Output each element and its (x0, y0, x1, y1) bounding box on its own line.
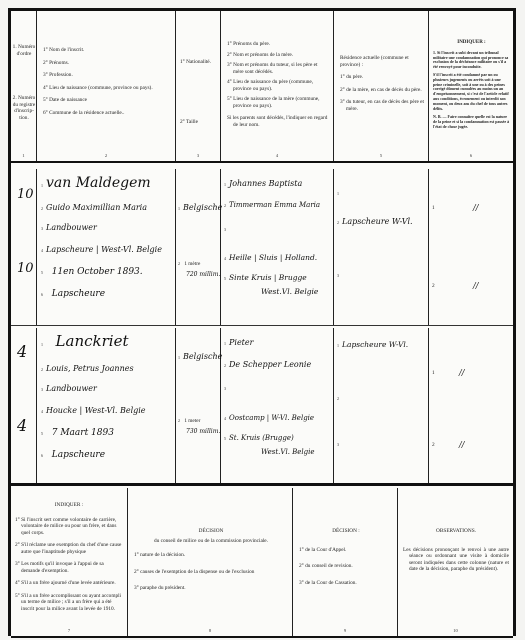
footer-court-title: DÉCISION : (299, 528, 393, 535)
record-parents-cell: 1Johannes Baptista 2Timmerman Emma Maria… (221, 169, 334, 325)
column-number: 1 (11, 153, 36, 160)
header-indiquer-para2: S'il l'inscrit a été condamné par un ou … (433, 73, 510, 111)
column-number: 9 (293, 628, 397, 635)
line-number: 6 (41, 453, 43, 458)
line-number: 2 (337, 220, 339, 225)
line-number: 1 (178, 206, 180, 211)
birthplace: Houcke | West-Vl. Belgie (46, 406, 146, 415)
header-col-indiquer: INDIQUER : 1. Si l'inscrit a subi devant… (429, 11, 513, 161)
militia-register-page: 1. Numéro d'ordre 2. Numéro du registre … (8, 8, 516, 636)
footer-decision-item: 3° paraphe du président. (134, 585, 288, 592)
height-meters: 1 meter (184, 418, 200, 424)
indiquer-value-2: // (473, 281, 478, 290)
line-number: 2 (432, 283, 435, 290)
record-row: 4 4 1 Lanckriet 2Louis, Petrus Joannes 3… (11, 328, 513, 483)
header-profession-label: 3° Profession. (43, 72, 171, 79)
header-col-identity: 1° Nom de l'inscrit. 2° Prénoms. 3° Prof… (37, 11, 176, 161)
record-identity-cell: 1van Maldegem 2Guido Maximillian Maria 3… (37, 169, 176, 325)
line-number: 1 (224, 341, 226, 346)
surname: van Maldegem (46, 175, 151, 191)
height-millimeters: 730 millim. (186, 428, 220, 435)
header-col-parents: 1° Prénoms du père. 2° Nom et prénoms de… (221, 11, 334, 161)
record-order-cell: 10 10 (11, 169, 37, 325)
footer-indiquer-item: 4° S'il a un frère ajourné d'une levée a… (15, 580, 123, 587)
register-number: 10 (17, 261, 34, 276)
record-indiquer-cell: 1 // 2 // (429, 169, 513, 325)
line-number: 1 (432, 370, 435, 377)
record-parents-cell: 1Pieter 2De Schepper Leonie 3 4Oostcamp … (221, 328, 334, 483)
header-res-father-label: 1° du père. (340, 74, 424, 81)
header-divider (11, 161, 513, 163)
birthplace: Lapscheure | West-Vl. Belgie (46, 245, 162, 254)
header-col-order-number: 1. Numéro d'ordre 2. Numéro du registre … (11, 11, 37, 161)
line-number: 2 (224, 363, 226, 368)
record-order-cell: 4 4 (11, 328, 37, 483)
order-number: 10 (17, 187, 34, 202)
header-birthplace-label: 4° Lieu de naissance (commune, province … (43, 85, 171, 92)
footer-divider (11, 483, 513, 486)
father-birthplace: Heille | Sluis | Holland. (229, 253, 317, 262)
mother-name: Timmerman Emma Maria (229, 201, 320, 209)
footer-decision-item: 2° causes de l'exemption de la dispense … (134, 569, 288, 576)
residence-mother: Lapscheure W-Vl. (342, 217, 413, 226)
line-number: 1 (41, 342, 43, 347)
nationality: Belgische (183, 203, 222, 212)
header-mother-birthplace-label: 5° Lieu de naissance de la mère (commune… (227, 96, 329, 109)
residence: Lapscheure (52, 450, 105, 460)
line-number: 1 (337, 343, 339, 348)
line-number: 6 (41, 292, 43, 297)
footer-indiquer-item: 5° S'il a un frère accomplissant ou ayan… (15, 593, 123, 613)
footer-decision-title: DÉCISION (134, 528, 288, 535)
line-number: 1 (224, 182, 226, 187)
indiquer-value-1: // (459, 368, 464, 377)
residence-father: Lapscheure W-Vl. (342, 340, 408, 349)
height-meters: 1 mètre (184, 261, 200, 267)
header-father-birthplace-label: 4° Lieu de naissance du père (commune, p… (227, 79, 329, 92)
line-number: 4 (224, 416, 226, 421)
header-mother-label: 2° Nom et prénoms de la mère. (227, 52, 329, 59)
header-indiquer-title: INDIQUER : (433, 41, 510, 46)
column-number: 8 (128, 628, 292, 635)
header-col-residence: Résidence actuelle (commune et province)… (334, 11, 429, 161)
footer-col-observations: OBSERVATIONS. Les décisions prononçant l… (398, 488, 513, 636)
line-number: 5 (41, 431, 43, 436)
line-number: 3 (337, 442, 339, 447)
header-indiquer-para1: 1. Si l'inscrit a subi devant un tribuna… (433, 51, 510, 70)
header-nationality-label: 1° Nationalité. (180, 59, 211, 66)
birth-date: 11en October 1893. (52, 267, 143, 277)
surname: Lanckriet (56, 332, 129, 350)
nationality: Belgische (183, 352, 222, 361)
footer-col-decision-court: DÉCISION : 1° de la Cour d'Appel. 2° du … (293, 488, 398, 636)
order-number-label: 1. Numéro d'ordre (11, 44, 37, 57)
header-birthdate-label: 5° Date de naissance (43, 97, 171, 104)
line-number: 5 (41, 270, 43, 275)
footer-court-item: 3° de la Cour de Cassation. (299, 580, 393, 587)
footer-court-item: 2° du conseil de revision. (299, 563, 393, 570)
order-number: 4 (17, 342, 27, 361)
footer-col-decision-council: DÉCISION du conseil de milice ou de la c… (128, 488, 293, 636)
column-number: 7 (11, 628, 127, 635)
line-number: 1 (178, 355, 180, 360)
line-number: 1 (337, 191, 339, 196)
line-number: 5 (224, 276, 226, 281)
column-number: 3 (176, 153, 220, 160)
bottom-border (11, 636, 513, 638)
footer-decision-subtitle: du conseil de milice ou de la commission… (134, 538, 288, 545)
line-number: 2 (178, 418, 180, 423)
header-father-label: 1° Prénoms du père. (227, 41, 329, 48)
header-residence-label: 6° Commune de la résidence actuelle.. (43, 110, 171, 117)
column-number: 4 (221, 153, 333, 160)
father-birthplace: Oostcamp | W-Vl. Belgie (229, 414, 314, 422)
header-col-nationality: 1° Nationalité. 2° Taille 3 (176, 11, 221, 161)
line-number: 4 (41, 409, 43, 414)
mother-birthplace: Sinte Kruis | Brugge (229, 273, 307, 282)
column-number: 10 (398, 628, 513, 635)
mother-name: De Schepper Leonie (229, 360, 311, 369)
first-names: Louis, Petrus Joannes (46, 364, 134, 373)
header-res-guardian-label: 3° du tuteur, en cas de décès des père e… (340, 99, 424, 112)
record-row: 10 10 1van Maldegem 2Guido Maximillian M… (11, 169, 513, 325)
footer-indiquer-item: 1° Si l'inscrit sert comme volontaire de… (15, 517, 123, 537)
first-names: Guido Maximillian Maria (46, 203, 147, 212)
line-number: 2 (224, 203, 226, 208)
record-residence-cell: 1 2Lapscheure W-Vl. 3 (334, 169, 429, 325)
height-millimeters: 720 millim. (186, 271, 220, 278)
line-number: 1 (41, 183, 43, 188)
header-indiquer-note: N. B. — Faire connaître quelle est la na… (433, 115, 510, 129)
line-number: 2 (337, 396, 339, 401)
footer-decision-item: 1° nature de la décision. (134, 552, 288, 559)
line-number: 3 (41, 387, 43, 392)
line-number: 1 (432, 205, 435, 212)
column-number: 6 (429, 154, 513, 159)
mother-birthplace: St. Kruis (Brugge) (229, 434, 294, 442)
mother-birthplace-region: West.Vl. Belgie (261, 287, 318, 296)
line-number: 3 (224, 227, 226, 232)
record-nationality-cell: 1Belgische 2 1 meter 730 millim. (176, 328, 221, 483)
register-number-label: 2. Numéro du registre d'inscrip-tion. (11, 95, 37, 121)
mother-birthplace-region: West.Vl. Belgie (261, 448, 315, 456)
line-number: 2 (178, 261, 180, 266)
column-number: 2 (37, 153, 175, 160)
register-number: 4 (17, 416, 27, 435)
father-first-names: Pieter (229, 338, 253, 347)
profession: Landbouwer (46, 384, 97, 393)
header-firstnames-label: 2° Prénoms. (43, 60, 171, 67)
header-residence-title: Résidence actuelle (commune et province)… (340, 55, 424, 68)
birth-date: 7 Maart 1893 (52, 428, 114, 438)
header-surname-label: 1° Nom de l'inscrit. (43, 47, 171, 54)
footer-observations-title: OBSERVATIONS. (403, 528, 509, 535)
line-number: 4 (41, 248, 43, 253)
line-number: 3 (224, 386, 226, 391)
line-number: 2 (41, 367, 43, 372)
footer-court-item: 1° de la Cour d'Appel. (299, 547, 393, 554)
header-height-label: 2° Taille (180, 119, 198, 126)
record-indiquer-cell: 1 // 2 // (429, 328, 513, 483)
line-number: 2 (432, 442, 435, 449)
line-number: 3 (337, 273, 339, 278)
column-number: 5 (334, 153, 428, 160)
header-deceased-note: Si les parents sont décédés, l'indiquer … (227, 115, 329, 128)
line-number: 2 (41, 206, 43, 211)
residence: Lapscheure (52, 289, 105, 299)
line-number: 4 (224, 256, 226, 261)
footer-indiquer-item: 3° Les motifs qu'il invoque à l'appui de… (15, 561, 123, 574)
record-identity-cell: 1 Lanckriet 2Louis, Petrus Joannes 3Land… (37, 328, 176, 483)
profession: Landbouwer (46, 223, 97, 232)
footer-observations-text: Les décisions prononçant le renvoi à une… (403, 547, 509, 573)
header-guardian-label: 3° Nom et prénoms du tuteur, si les père… (227, 62, 329, 75)
indiquer-value-1: // (473, 203, 478, 212)
header-row: 1. Numéro d'ordre 2. Numéro du registre … (11, 11, 513, 161)
line-number: 3 (41, 226, 43, 231)
footer-row: INDIQUER : 1° Si l'inscrit sert comme vo… (11, 488, 513, 636)
footer-indiquer-title: INDIQUER : (15, 502, 123, 509)
footer-indiquer-item: 2° S'il réclame une exemption du chef d'… (15, 542, 123, 555)
record-nationality-cell: 1Belgische 2 1 mètre 720 millim. (176, 169, 221, 325)
indiquer-value-2: // (459, 440, 464, 449)
footer-col-indiquer: INDIQUER : 1° Si l'inscrit sert comme vo… (11, 488, 128, 636)
line-number: 5 (224, 436, 226, 441)
header-res-mother-label: 2° de la mère, en cas de décès du père. (340, 87, 424, 94)
record-divider (11, 325, 513, 326)
father-first-names: Johannes Baptista (229, 179, 302, 188)
record-residence-cell: 1Lapscheure W-Vl. 2 3 (334, 328, 429, 483)
